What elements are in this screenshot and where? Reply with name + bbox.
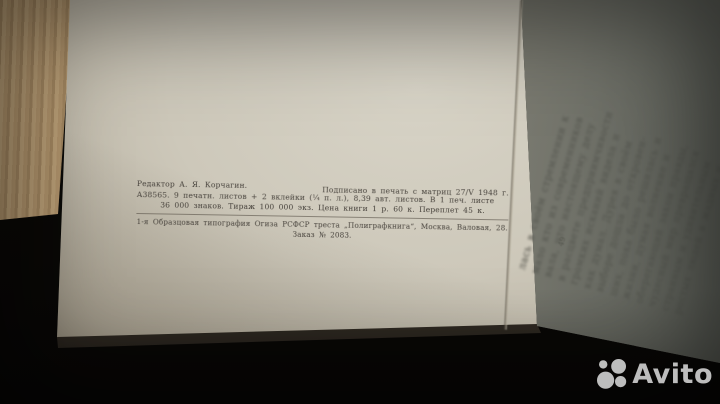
avito-watermark: Avito <box>597 359 713 389</box>
book-photo: Редактор А. Я. Корчагин. Подписано в печ… <box>0 0 720 404</box>
avito-logo-icon <box>597 359 627 389</box>
colophon-block: Редактор А. Я. Корчагин. Подписано в печ… <box>136 179 509 244</box>
avito-watermark-label: Avito <box>632 361 713 388</box>
